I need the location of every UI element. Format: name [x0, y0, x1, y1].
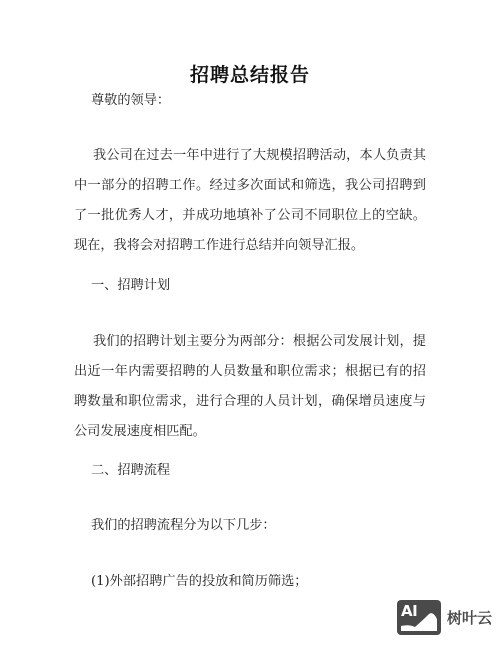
greeting: 尊敬的领导： — [91, 89, 170, 108]
section-body-process: 我们的招聘流程分为以下几步： — [91, 514, 276, 533]
section-heading-process: 二、招聘流程 — [91, 459, 170, 478]
intro-paragraph: 我公司在过去一年中进行了大规模招聘活动，本人负责其中一部分的招聘工作。经过多次面… — [74, 141, 426, 261]
document-page: 招聘总结报告 尊敬的领导： 我公司在过去一年中进行了大规模招聘活动，本人负责其中… — [0, 0, 500, 647]
ai-image-logo-icon: AI — [397, 600, 441, 635]
watermark: AI 树叶云 — [397, 600, 492, 635]
section-heading-plan: 一、招聘计划 — [91, 274, 170, 293]
section-body-plan: 我们的招聘计划主要分为两部分：根据公司发展计划，提出近一年内需要招聘的人员数量和… — [74, 327, 426, 447]
process-step-1: (1)外部招聘广告的投放和简历筛选； — [91, 570, 308, 589]
document-title: 招聘总结报告 — [0, 60, 500, 87]
watermark-brand: 树叶云 — [447, 607, 492, 628]
